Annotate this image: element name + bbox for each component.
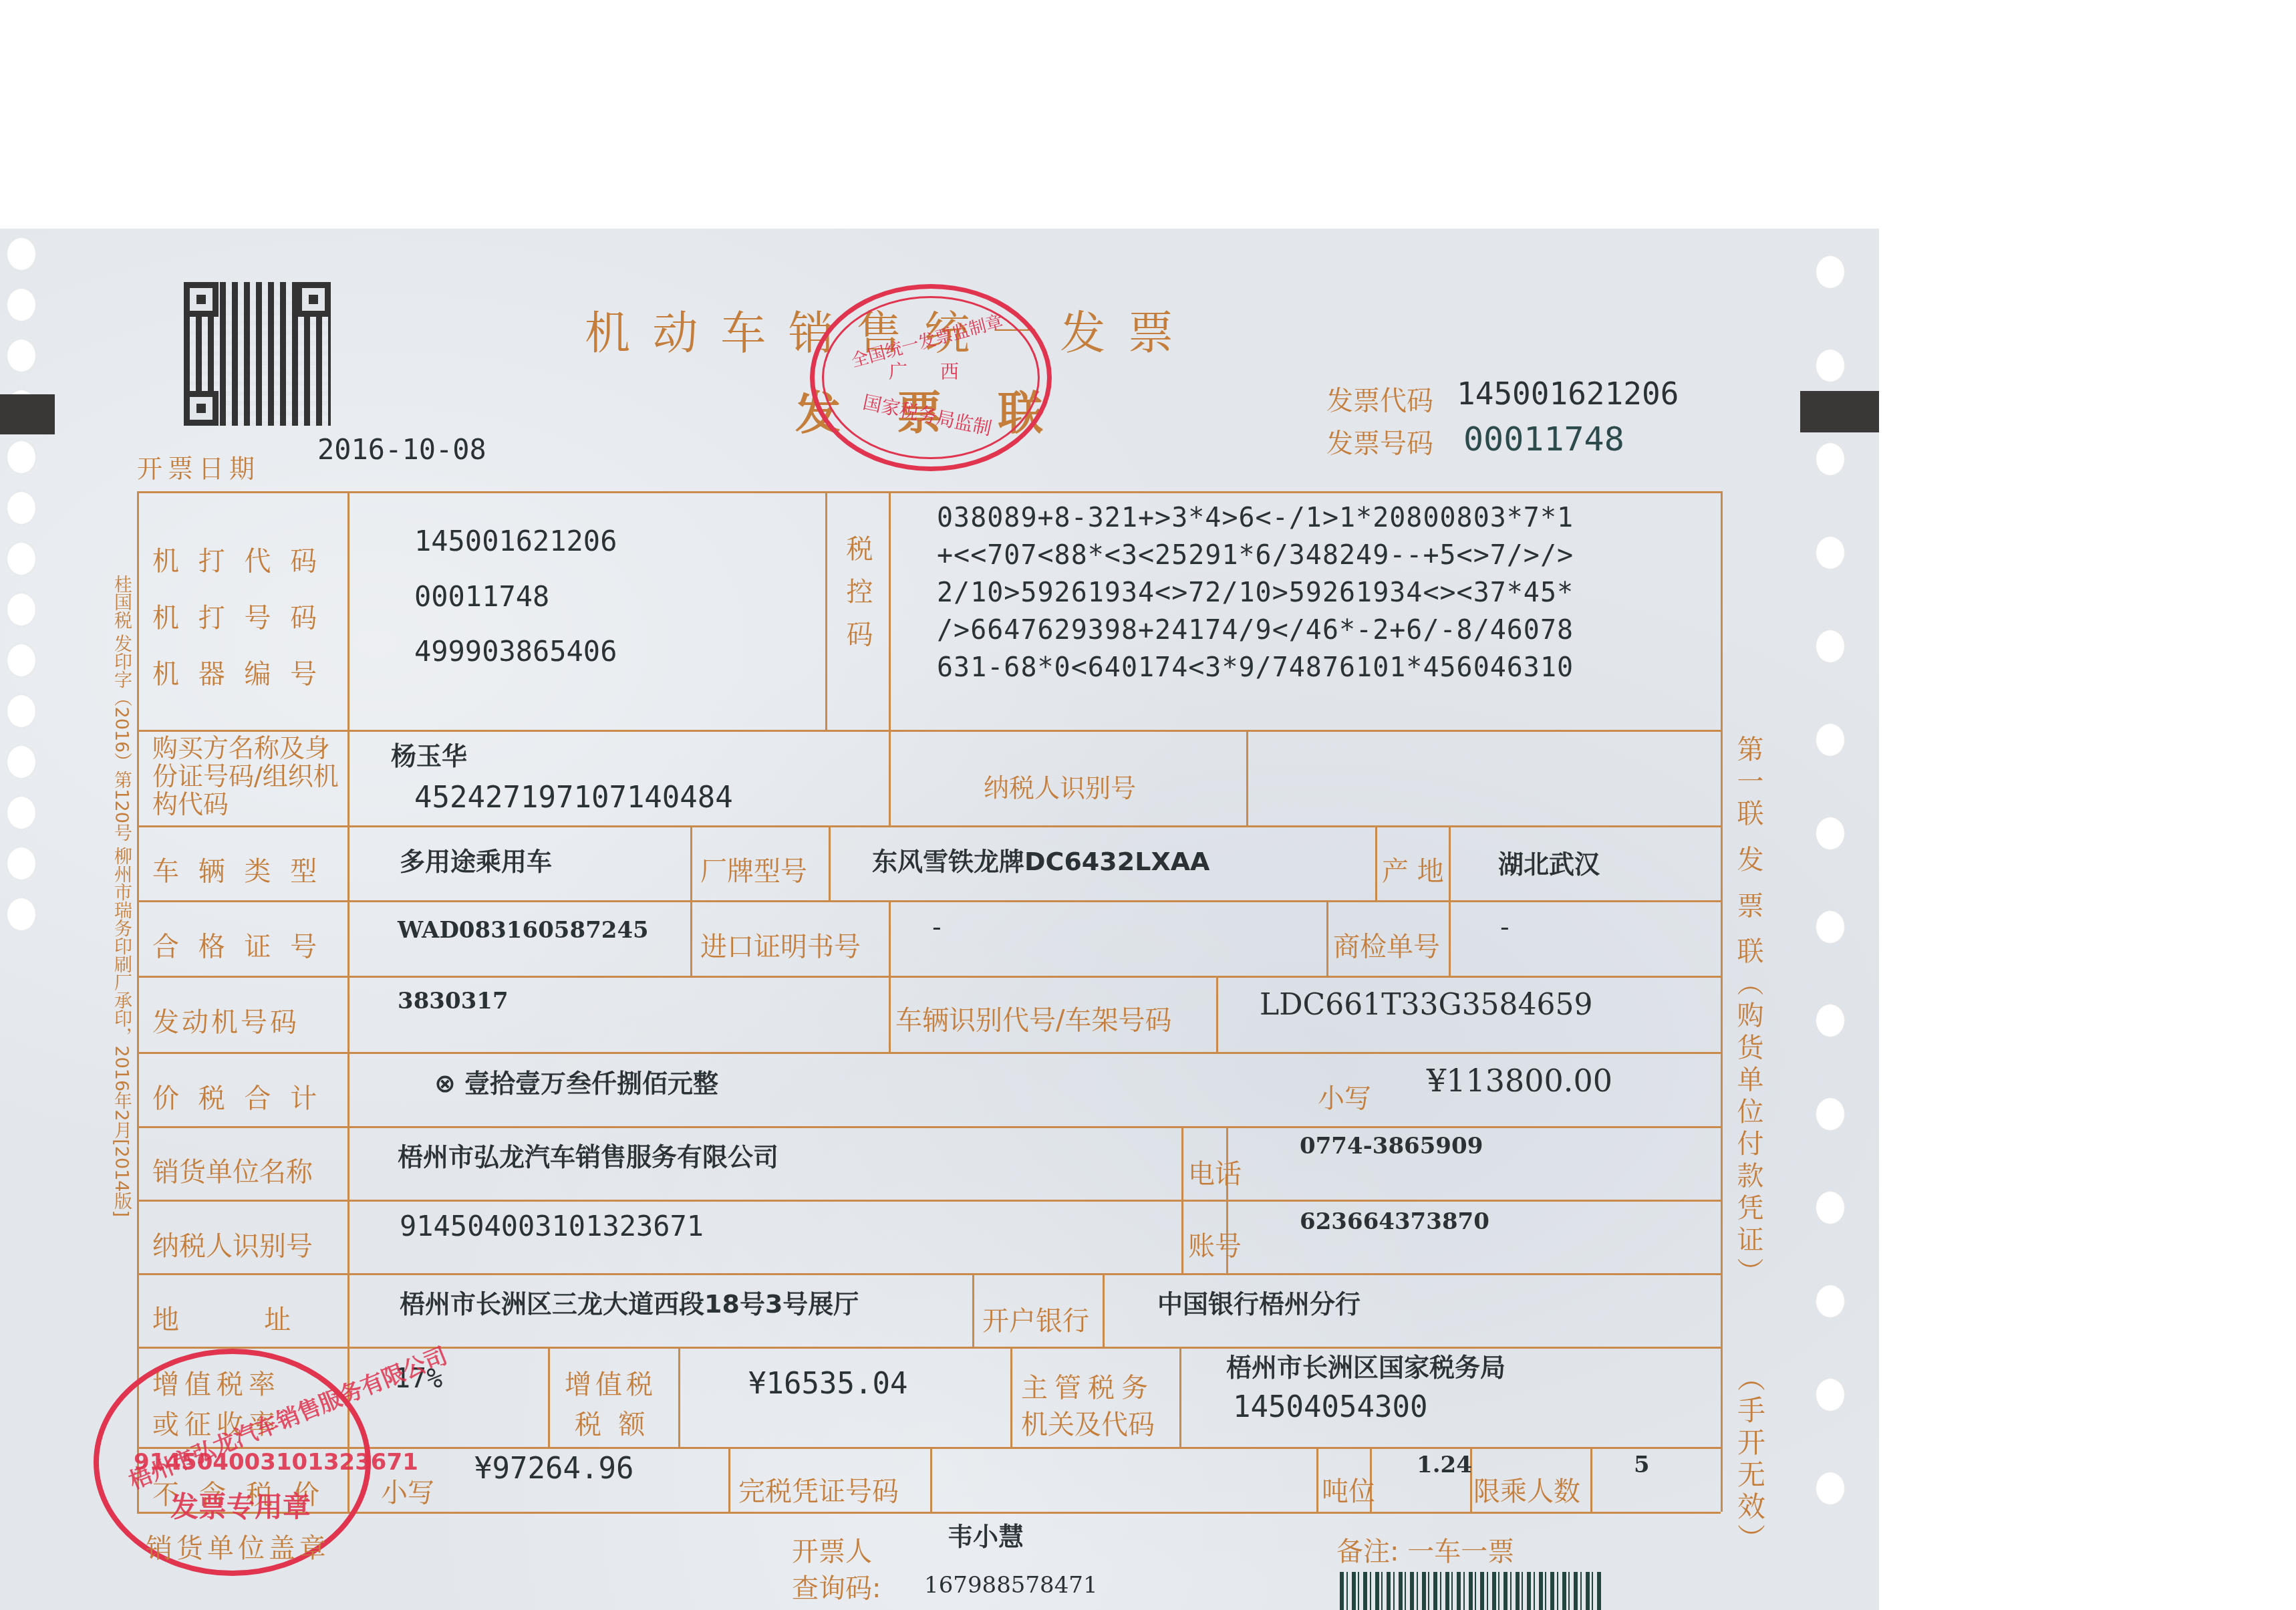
perforation-hole — [1816, 1191, 1845, 1224]
perforation-hole — [1816, 1472, 1845, 1505]
barcode — [1340, 1572, 1604, 1610]
vat-label-2: 税 额 — [575, 1403, 645, 1442]
account-label: 账号 — [1188, 1225, 1242, 1263]
tax-control-line: 2/10>59261934<>72/10>59261934<><37*45* — [937, 577, 1574, 608]
pretax-amount: ¥97264.96 — [474, 1452, 633, 1486]
buyer-taxpayer-id-label: 纳税人识别号 — [984, 767, 1136, 804]
machine-number-value: 00011748 — [414, 580, 549, 613]
seller-phone: 0774-3865909 — [1300, 1133, 1483, 1160]
origin-label: 产 地 — [1382, 850, 1444, 888]
seller-seal-center-text: 发票专用章 — [170, 1485, 311, 1525]
perforation-hole — [7, 898, 36, 931]
seller-address: 梧州市长洲区三龙大道西段18号3号展厅 — [400, 1283, 859, 1320]
perforation-hole — [1816, 1285, 1845, 1318]
invoice-number: 00011748 — [1463, 420, 1624, 458]
perforation-hole — [7, 847, 36, 880]
invoice-number-label: 发票号码 — [1326, 422, 1433, 460]
perforation-hole — [1816, 255, 1845, 289]
tax-control-line: />6647629398+24174/9</46*-2+6/-8/46078 — [937, 615, 1574, 646]
machine-serial-value: 499903865406 — [414, 635, 617, 668]
tax-control-line: +<<707<88*<3<25291*6/348249--+5<>7/>/> — [937, 540, 1574, 571]
tax-control-label: 税控码 — [839, 535, 877, 663]
import-cert: - — [932, 912, 942, 942]
tonnage: 1.24 — [1417, 1452, 1472, 1478]
perforation-hole — [1816, 817, 1845, 850]
vat-amount: ¥16535.04 — [748, 1367, 907, 1401]
left-print-note: 桂国税 发印字（2016）第120号 柳州市瑞务印刷厂承印，2016年2月[20… — [108, 575, 134, 1217]
query-code-label: 查询码: — [792, 1567, 881, 1605]
buyer-label: 购买方名称及身份证号码/组织机构代码 — [152, 734, 339, 818]
machine-code-value: 145001621206 — [414, 525, 617, 557]
inspection-label: 商检单号 — [1333, 926, 1440, 964]
seats-label: 限乘人数 — [1473, 1470, 1580, 1508]
vin-number: LDC661T33G3584659 — [1260, 988, 1593, 1022]
vat-label-1: 增值税 — [565, 1363, 657, 1401]
seller-taxpayer-id: 914504003101323671 — [400, 1210, 704, 1242]
right-black-mark — [1800, 391, 1879, 432]
perforation-hole — [7, 339, 36, 372]
machine-number-label: 机 打 号 码 — [152, 597, 322, 635]
perforation-hole — [1816, 442, 1845, 476]
brand-label: 厂牌型号 — [700, 850, 807, 888]
issuer-name: 韦小慧 — [948, 1516, 1024, 1553]
authority-label-1: 主管税务 — [1021, 1367, 1155, 1405]
total-small-label: 小写 — [1318, 1077, 1371, 1115]
perforation-hole — [1816, 1004, 1845, 1037]
seller-account: 623664373870 — [1300, 1208, 1489, 1235]
perforation-hole — [7, 237, 36, 271]
tax-control-line: 631-68*0<640174<3*9/74876101*456046310 — [937, 652, 1574, 683]
import-cert-label: 进口证明书号 — [700, 926, 861, 964]
seller-seal-label: 销货单位盖章 — [146, 1527, 330, 1565]
cert-number: WAD083160587245 — [398, 917, 649, 944]
pretax-small-label: 小写 — [381, 1472, 434, 1510]
brand-model: 东风雪铁龙牌DC6432LXAA — [872, 841, 1210, 878]
invoice-code: 145001621206 — [1457, 376, 1679, 412]
handwritten-invalid-note: （手开无效） — [1729, 1363, 1769, 1556]
address-label: 地 址 — [152, 1299, 291, 1337]
issue-date: 2016-10-08 — [317, 433, 486, 466]
vehicle-type-label: 车 辆 类 型 — [152, 850, 322, 888]
seats: 5 — [1634, 1452, 1650, 1478]
machine-code-label: 机 打 代 码 — [152, 540, 322, 578]
tax-paid-cert-label: 完税凭证号码 — [738, 1470, 899, 1508]
left-black-mark — [0, 394, 55, 434]
authority-label-2: 机关及代码 — [1021, 1403, 1155, 1442]
seller-name-label: 销货单位名称 — [152, 1151, 313, 1189]
perforation-hole — [7, 745, 36, 779]
vehicle-type: 多用途乘用车 — [400, 841, 552, 878]
machine-serial-label: 机 器 编 号 — [152, 653, 322, 691]
total-amount: ¥113800.00 — [1427, 1063, 1612, 1099]
perforation-hole — [7, 644, 36, 677]
qr-code — [184, 282, 331, 426]
seller-name: 梧州市弘龙汽车销售服务有限公司 — [398, 1136, 778, 1173]
perforation-hole — [1816, 536, 1845, 569]
invoice-code-label: 发票代码 — [1326, 380, 1433, 418]
perforation-hole — [7, 593, 36, 626]
perforation-hole — [1816, 1378, 1845, 1412]
perforation-hole — [1816, 630, 1845, 663]
authority-name: 梧州市长洲区国家税务局 — [1226, 1347, 1505, 1383]
total-amount-words: ⊗ 壹拾壹万叁仟捌佰元整 — [434, 1063, 718, 1099]
phone-label: 电话 — [1188, 1153, 1242, 1191]
authority-code: 14504054300 — [1233, 1390, 1427, 1424]
engine-label: 发动机号码 — [152, 1001, 299, 1039]
tonnage-label: 吨位 — [1322, 1470, 1375, 1508]
inspection-number: - — [1500, 912, 1510, 942]
perforation-hole — [7, 440, 36, 474]
seller-bank: 中国银行梧州分行 — [1157, 1283, 1360, 1320]
perforation-hole — [7, 796, 36, 829]
engine-number: 3830317 — [398, 988, 509, 1015]
vin-label: 车辆识别代号/车架号码 — [895, 999, 1171, 1037]
copy-note: 第一联 发 票 联（购货单位付款凭证） — [1729, 735, 1767, 1290]
perforation-hole — [1816, 349, 1845, 382]
tax-bureau-seal-middle-text: 广 西 — [889, 358, 972, 384]
perforation-hole — [7, 288, 36, 321]
origin: 湖北武汉 — [1498, 843, 1600, 880]
tax-control-line: 038089+8-321+>3*4>6<-/1>1*20800803*7*1 — [937, 503, 1574, 533]
perforation-hole — [7, 491, 36, 525]
bank-label: 开户银行 — [982, 1300, 1089, 1338]
perforation-hole — [1816, 1097, 1845, 1131]
buyer-id-number: 452427197107140484 — [414, 781, 733, 815]
buyer-name: 杨玉华 — [391, 735, 467, 772]
total-label: 价 税 合 计 — [152, 1077, 322, 1115]
perforation-hole — [1816, 723, 1845, 757]
issue-date-label: 开票日期 — [137, 448, 260, 485]
seller-taxpayer-label: 纳税人识别号 — [152, 1225, 313, 1263]
cert-label: 合 格 证 号 — [152, 926, 322, 964]
seller-seal-tax-id: 914504003101323671 — [134, 1449, 418, 1476]
perforation-hole — [1816, 910, 1845, 944]
issuer-label: 开票人 — [792, 1530, 872, 1569]
perforation-hole — [7, 694, 36, 728]
remark: 备注: 一车一票 — [1336, 1530, 1514, 1569]
query-code: 167988578471 — [924, 1572, 1098, 1599]
perforation-hole — [7, 542, 36, 575]
